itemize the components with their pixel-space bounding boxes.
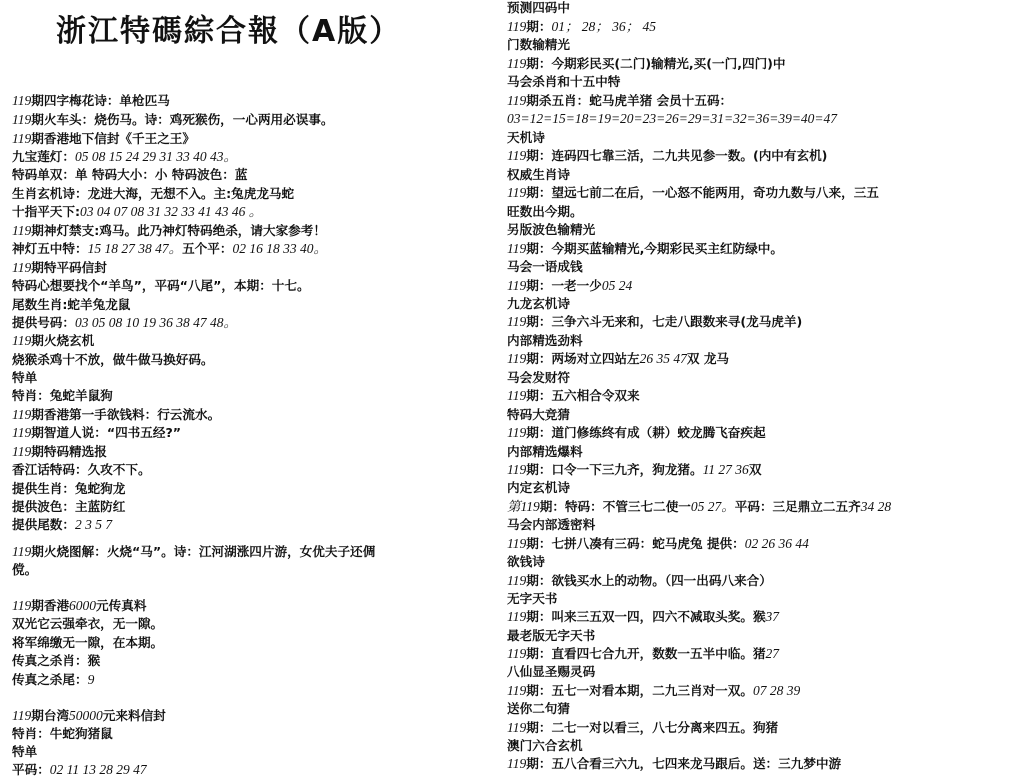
number-text: 01； 28； 36； 45 (551, 19, 656, 34)
text-line: 119期香港6000元传真料 (12, 597, 146, 615)
number-text: 119 (507, 756, 526, 771)
line-text: 传真之杀尾： (12, 672, 88, 687)
text-line: 119期香港第一手欲钱料：行云流水。 (12, 406, 220, 424)
text-line: 119期：五六相合令双来 (507, 387, 640, 405)
number-text: 05 24 (602, 278, 632, 293)
text-line: 提供波色：主蓝防红 (12, 498, 125, 516)
number-text: 119 (12, 444, 31, 459)
number-text: 119 (507, 314, 526, 329)
line-text: 内定玄机诗 (507, 480, 570, 495)
line-text: 烧猴杀鸡十不放，做牛做马换好码。 (12, 352, 214, 367)
text-line: 九宝莲灯：05 08 15 24 29 31 33 40 43。 (12, 148, 237, 166)
line-text: 平码：三足鼎立二五齐 (735, 499, 861, 514)
number-text: 2 3 5 7 (75, 517, 112, 532)
line-text: 期香港 (31, 598, 69, 613)
line-text: 元来料信封 (103, 708, 166, 723)
line-text: 双 龙马 (687, 351, 729, 366)
line-text: 期：五八合看三六九，七四来龙马跟后。送：三九梦中游 (526, 756, 841, 771)
text-line: 119期杀五肖：蛇马虎羊猪 会员十五码： (507, 92, 732, 110)
text-line: 内部精选劲料 (507, 332, 583, 350)
line-text: 预测四码中 (507, 0, 570, 15)
text-line: 特单 (12, 743, 37, 761)
text-line: 119期：三争六斗无来和，七走八跟数来寻(龙马虎羊) (507, 313, 802, 331)
line-text: 期：道门修练终有成（耕）蛟龙腾飞奋疾起 (526, 425, 765, 440)
line-text: 特肖：牛蛇狗猪鼠 (12, 726, 113, 741)
line-text: 九龙玄机诗 (507, 296, 570, 311)
line-text: 期：五六相合令双来 (526, 388, 639, 403)
text-line: 平码：02 11 13 28 29 47 (12, 761, 147, 779)
line-text: 十指平天下: (12, 204, 80, 219)
text-line: 十指平天下:03 04 07 08 31 32 33 41 43 46 。 (12, 203, 262, 221)
line-text: 特码单双：单 特码大小：小 特码波色：蓝 (12, 167, 247, 182)
line-text: 八仙显圣赐灵码 (507, 664, 595, 679)
line-text: 期：今期彩民买(二门)输精光,买(一门,四门)中 (526, 56, 785, 71)
line-text: 五个平： (182, 241, 232, 256)
number-text: 119 (12, 223, 31, 238)
text-line: 特码大竞猜 (507, 406, 570, 424)
text-line: 傥。 (12, 561, 37, 579)
line-text: 马会一语成钱 (507, 259, 583, 274)
line-text: 提供尾数： (12, 517, 75, 532)
line-text: 期特平码信封 (31, 260, 107, 275)
line-text: 期：叫来三五双一四，四六不减取头奖。猴 (526, 609, 765, 624)
line-text: 特码大竞猜 (507, 407, 570, 422)
text-line: 提供生肖：兔蛇狗龙 (12, 480, 125, 498)
number-text: 119 (507, 93, 526, 108)
number-text: 07 28 39 (753, 683, 800, 698)
text-line: 欲钱诗 (507, 553, 545, 571)
line-text: 期：连码四七靠三活，二九共见参一数。(内中有玄机) (526, 148, 827, 163)
line-text: 期四字梅花诗：单枪匹马 (31, 93, 170, 108)
text-line: 旺数出今期。 (507, 203, 583, 221)
number-text: 119 (507, 536, 526, 551)
line-text: 天机诗 (507, 130, 545, 145)
line-text: 期：特码：不管三七二使一 (540, 499, 691, 514)
line-text: 内部精选劲料 (507, 333, 583, 348)
line-text: 期火烧玄机 (31, 333, 94, 348)
number-text: 119 (507, 425, 526, 440)
line-text: 最老版无字天书 (507, 628, 595, 643)
text-line: 119期：01； 28； 36； 45 (507, 18, 656, 36)
number-text: 119 (507, 185, 526, 200)
text-line: 119期火烧图解：火烧“马”。诗：江河湖涨四片游，女优夫子还倜 (12, 543, 375, 561)
line-text: 期杀五肖：蛇马虎羊猪 会员十五码： (526, 93, 732, 108)
line-text: 神灯五中特： (12, 241, 88, 256)
number-text: 119 (12, 407, 31, 422)
text-line: 特单 (12, 369, 37, 387)
number-text: 34 28 (861, 499, 891, 514)
line-text: 澳门六合玄机 (507, 738, 583, 753)
text-line: 第119期：特码：不管三七二使一05 27。平码：三足鼎立二五齐34 28 (507, 498, 891, 516)
text-line: 提供尾数：2 3 5 7 (12, 516, 112, 534)
number-text: 119 (12, 425, 31, 440)
line-text: 傥。 (12, 562, 37, 577)
line-text: 提供波色：主蓝防红 (12, 499, 125, 514)
text-line: 内定玄机诗 (507, 479, 570, 497)
number-text: 9 (88, 672, 95, 687)
number-text: 05 27。 (691, 499, 735, 514)
text-line: 119期：连码四七靠三活，二九共见参一数。(内中有玄机) (507, 147, 827, 165)
number-text: 03 05 08 10 19 36 38 47 48。 (75, 315, 237, 330)
line-text: 期台湾 (31, 708, 69, 723)
number-text: 119 (507, 573, 526, 588)
line-text: 期火车头：烧伤马。诗：鸡死猴伤，一心两用必误事。 (31, 112, 333, 127)
text-line: 门数输精光 (507, 36, 570, 54)
line-text: 门数输精光 (507, 37, 570, 52)
text-line: 内部精选爆料 (507, 443, 583, 461)
number-text: 03 04 07 08 31 32 33 41 43 46 。 (80, 204, 262, 219)
text-line: 119期：二七一对以看三，八七分离来四五。狗猪 (507, 719, 778, 737)
page-title: 浙江特碼綜合報（A版） (56, 6, 401, 50)
text-line: 03=12=15=18=19=20=23=26=29=31=32=36=39=4… (507, 110, 837, 128)
number-text: 119 (12, 93, 31, 108)
text-line: 119期：两场对立四站左26 35 47双 龙马 (507, 350, 729, 368)
text-line: 预测四码中 (507, 0, 570, 17)
text-line: 特码单双：单 特码大小：小 特码波色：蓝 (12, 166, 247, 184)
line-text: 期： (526, 19, 551, 34)
number-text: 119 (507, 388, 526, 403)
line-text: 期：欲钱买水上的动物。（四一出码八来合） (526, 573, 772, 588)
line-text: 马会杀肖和十五中特 (507, 74, 620, 89)
text-line: 八仙显圣赐灵码 (507, 663, 595, 681)
line-text: 生肖玄机诗：龙进大海，无想不入。主:兔虎龙马蛇 (12, 186, 294, 201)
line-text: 期：两场对立四站左 (526, 351, 639, 366)
text-line: 119期火车头：烧伤马。诗：鸡死猴伤，一心两用必误事。 (12, 111, 334, 129)
number-text: 05 08 15 24 29 31 33 40 43。 (75, 149, 237, 164)
number-text: 02 11 13 28 29 47 (50, 762, 147, 777)
number-text: 119 (507, 56, 526, 71)
line-text: 马会发财符 (507, 370, 570, 385)
number-text: 119 (507, 462, 526, 477)
number-text: 119 (12, 260, 31, 275)
number-text: 11 27 36 (703, 462, 749, 477)
text-line: 香江话特码：久攻不下。 (12, 461, 151, 479)
text-line: 119期火烧玄机 (12, 332, 94, 350)
line-text: 期特码精选报 (31, 444, 107, 459)
line-text: 传真之杀肖：猴 (12, 653, 100, 668)
line-text: 另版波色输精光 (507, 222, 595, 237)
text-line: 119期：今期彩民买(二门)输精光,买(一门,四门)中 (507, 55, 786, 73)
text-line: 权威生肖诗 (507, 166, 570, 184)
line-text: 内部精选爆料 (507, 444, 583, 459)
text-line: 传真之杀尾：9 (12, 671, 94, 689)
line-text: 期：口令一下三九齐，狗龙猪。 (526, 462, 702, 477)
number-text: 119 (12, 112, 31, 127)
text-line: 119期香港地下信封《千王之王》 (12, 130, 195, 148)
number-text: 02 16 18 33 40。 (232, 241, 327, 256)
line-text: 香江话特码：久攻不下。 (12, 462, 151, 477)
line-text: 九宝莲灯： (12, 149, 75, 164)
text-line: 119期：直看四七合九开，数数一五半中临。猪27 (507, 645, 779, 663)
text-line: 送你二句猜 (507, 700, 570, 718)
number-text: 119 (507, 683, 526, 698)
line-text: 期：直看四七合九开，数数一五半中临。猪 (526, 646, 765, 661)
number-text: 37 (766, 609, 780, 624)
text-line: 神灯五中特：15 18 27 38 47。五个平：02 16 18 33 40。 (12, 240, 327, 258)
line-text: 欲钱诗 (507, 554, 545, 569)
line-text: 特肖：兔蛇羊鼠狗 (12, 388, 113, 403)
text-line: 马会杀肖和十五中特 (507, 73, 620, 91)
line-text: 期：三争六斗无来和，七走八跟数来寻(龙马虎羊) (526, 314, 802, 329)
text-line: 无字天书 (507, 590, 557, 608)
text-line: 119期：叫来三五双一四，四六不减取头奖。猴37 (507, 608, 779, 626)
number-text: 119 (507, 148, 526, 163)
text-line: 119期台湾50000元来料信封 (12, 707, 166, 725)
line-text: 提供号码： (12, 315, 75, 330)
text-line: 119期：道门修练终有成（耕）蛟龙腾飞奋疾起 (507, 424, 766, 442)
line-text: 旺数出今期。 (507, 204, 583, 219)
number-text: 119 (12, 131, 31, 146)
number-text: 119 (507, 720, 526, 735)
number-text: 119 (12, 333, 31, 348)
text-line: 马会一语成钱 (507, 258, 583, 276)
line-text: 特单 (12, 370, 37, 385)
text-line: 马会发财符 (507, 369, 570, 387)
number-text: 50000 (69, 708, 103, 723)
text-line: 119期：七拼八凑有三码：蛇马虎兔 提供：02 26 36 44 (507, 535, 809, 553)
number-text: 26 35 47 (640, 351, 687, 366)
number-text: 119 (507, 609, 526, 624)
text-line: 将军绵缴无一隙，在本期。 (12, 634, 163, 652)
text-line: 特肖：兔蛇羊鼠狗 (12, 387, 113, 405)
text-line: 119期：五七一对看本期，二九三肖对一双。07 28 39 (507, 682, 800, 700)
line-text: 期：七拼八凑有三码：蛇马虎兔 提供： (526, 536, 744, 551)
line-text: 双 (749, 462, 762, 477)
number-text: 27 (766, 646, 780, 661)
text-line: 传真之杀肖：猴 (12, 652, 100, 670)
number-text: 15 18 27 38 47。 (88, 241, 183, 256)
text-line: 特码心想要找个“羊鸟”，平码“八尾”，本期：十七。 (12, 277, 310, 295)
line-text: 权威生肖诗 (507, 167, 570, 182)
line-text: 尾数生肖:蛇羊兔龙鼠 (12, 297, 130, 312)
text-line: 烧猴杀鸡十不放，做牛做马换好码。 (12, 351, 214, 369)
text-line: 马会内部透密料 (507, 516, 595, 534)
text-line: 119期智道人说：“四书五经?” (12, 424, 181, 442)
line-text: 期智道人说：“四书五经?” (31, 425, 181, 440)
text-line: 119期：一老一少05 24 (507, 277, 632, 295)
text-line: 119期特平码信封 (12, 259, 107, 277)
number-text: 6000 (69, 598, 96, 613)
text-line: 另版波色输精光 (507, 221, 595, 239)
line-text: 平码： (12, 762, 50, 777)
line-text: 期：今期买蓝输精光,今期彩民买主红防绿中。 (526, 241, 783, 256)
number-text: 第119 (507, 499, 540, 514)
line-text: 期火烧图解：火烧“马”。诗：江河湖涨四片游，女优夫子还倜 (31, 544, 375, 559)
number-text: 119 (507, 351, 526, 366)
text-line: 双光它云强牵衣，无一隙。 (12, 615, 163, 633)
line-text: 期香港地下信封《千王之王》 (31, 131, 195, 146)
text-line: 119期：五八合看三六九，七四来龙马跟后。送：三九梦中游 (507, 755, 841, 773)
line-text: 提供生肖：兔蛇狗龙 (12, 481, 125, 496)
line-text: 无字天书 (507, 591, 557, 606)
text-line: 最老版无字天书 (507, 627, 595, 645)
number-text: 119 (507, 241, 526, 256)
text-line: 特肖：牛蛇狗猪鼠 (12, 725, 113, 743)
number-text: 119 (507, 646, 526, 661)
number-text: 119 (12, 598, 31, 613)
text-line: 119期四字梅花诗：单枪匹马 (12, 92, 170, 110)
text-line: 119期：欲钱买水上的动物。（四一出码八来合） (507, 572, 772, 590)
line-text: 期：一老一少 (526, 278, 602, 293)
line-text: 期神灯禁支:鸡马。此乃神灯特码绝杀，请大家参考！ (31, 223, 326, 238)
number-text: 02 26 36 44 (745, 536, 809, 551)
text-line: 澳门六合玄机 (507, 737, 583, 755)
number-text: 119 (507, 278, 526, 293)
line-text: 期：二七一对以看三，八七分离来四五。狗猪 (526, 720, 778, 735)
text-line: 九龙玄机诗 (507, 295, 570, 313)
line-text: 将军绵缴无一隙，在本期。 (12, 635, 163, 650)
line-text: 期香港第一手欲钱料：行云流水。 (31, 407, 220, 422)
text-line: 提供号码：03 05 08 10 19 36 38 47 48。 (12, 314, 237, 332)
number-text: 119 (12, 544, 31, 559)
number-text: 03=12=15=18=19=20=23=26=29=31=32=36=39=4… (507, 111, 837, 126)
line-text: 马会内部透密料 (507, 517, 595, 532)
text-line: 天机诗 (507, 129, 545, 147)
text-line: 生肖玄机诗：龙进大海，无想不入。主:兔虎龙马蛇 (12, 185, 294, 203)
text-line: 119期：口令一下三九齐，狗龙猪。11 27 36双 (507, 461, 761, 479)
number-text: 119 (12, 708, 31, 723)
text-line: 119期特码精选报 (12, 443, 107, 461)
line-text: 特单 (12, 744, 37, 759)
text-line: 尾数生肖:蛇羊兔龙鼠 (12, 296, 130, 314)
text-line: 119期：望远七前二在后，一心怒不能两用，奇功九数与八来，三五 (507, 184, 879, 202)
number-text: 119 (507, 19, 526, 34)
line-text: 元传真料 (96, 598, 146, 613)
line-text: 特码心想要找个“羊鸟”，平码“八尾”，本期：十七。 (12, 278, 310, 293)
line-text: 期：五七一对看本期，二九三肖对一双。 (526, 683, 753, 698)
line-text: 期：望远七前二在后，一心怒不能两用，奇功九数与八来，三五 (526, 185, 879, 200)
line-text: 双光它云强牵衣，无一隙。 (12, 616, 163, 631)
text-line: 119期神灯禁支:鸡马。此乃神灯特码绝杀，请大家参考！ (12, 222, 326, 240)
text-line: 119期：今期买蓝输精光,今期彩民买主红防绿中。 (507, 240, 783, 258)
line-text: 送你二句猜 (507, 701, 570, 716)
